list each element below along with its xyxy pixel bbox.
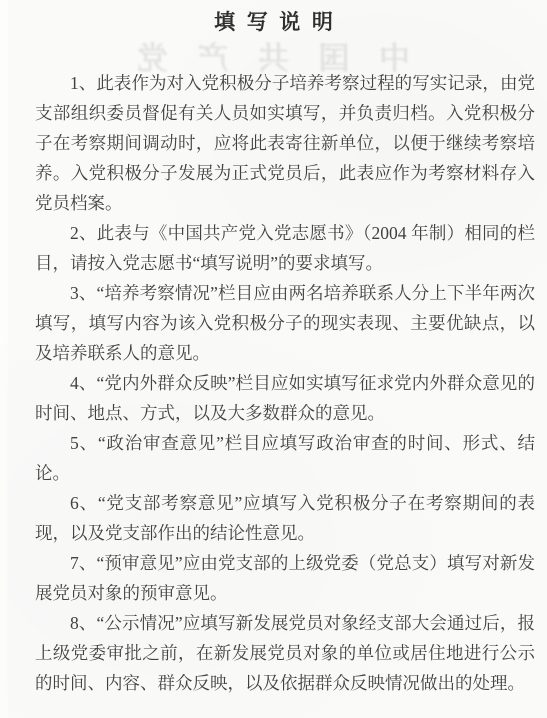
page-title: 填写说明 xyxy=(0,6,547,36)
scanned-document-page: 中国共产党 填写说明 1、此表作为对入党积极分子培养考察过程的写实记录，由党支部… xyxy=(0,0,547,718)
instruction-paragraph-3: 3、“培养考察情况”栏目应由两名培养联系人分上下半年两次填写，填写内容为该入党积… xyxy=(35,278,535,368)
instructions-body: 1、此表作为对入党积极分子培养考察过程的写实记录，由党支部组织委员督促有关人员如… xyxy=(35,68,535,698)
instruction-paragraph-6: 6、“党支部考察意见”应填写入党积极分子在考察期间的表现，以及党支部作出的结论性… xyxy=(35,488,535,548)
instruction-paragraph-4: 4、“党内外群众反映”栏目应如实填写征求党内外群众意见的时间、地点、方式，以及大… xyxy=(35,368,535,428)
instruction-paragraph-8: 8、“公示情况”应填写新发展党员对象经支部大会通过后，报上级党委审批之前，在新发… xyxy=(35,608,535,698)
instruction-paragraph-5: 5、“政治审查意见”栏目应填写政治审查的时间、形式、结论。 xyxy=(35,428,535,488)
instruction-paragraph-1: 1、此表作为对入党积极分子培养考察过程的写实记录，由党支部组织委员督促有关人员如… xyxy=(35,68,535,218)
instruction-paragraph-7: 7、“预审意见”应由党支部的上级党委（党总支）填写对新发展党员对象的预审意见。 xyxy=(35,548,535,608)
instruction-paragraph-2: 2、此表与《中国共产党入党志愿书》（2004 年制）相同的栏目，请按入党志愿书“… xyxy=(35,218,535,278)
